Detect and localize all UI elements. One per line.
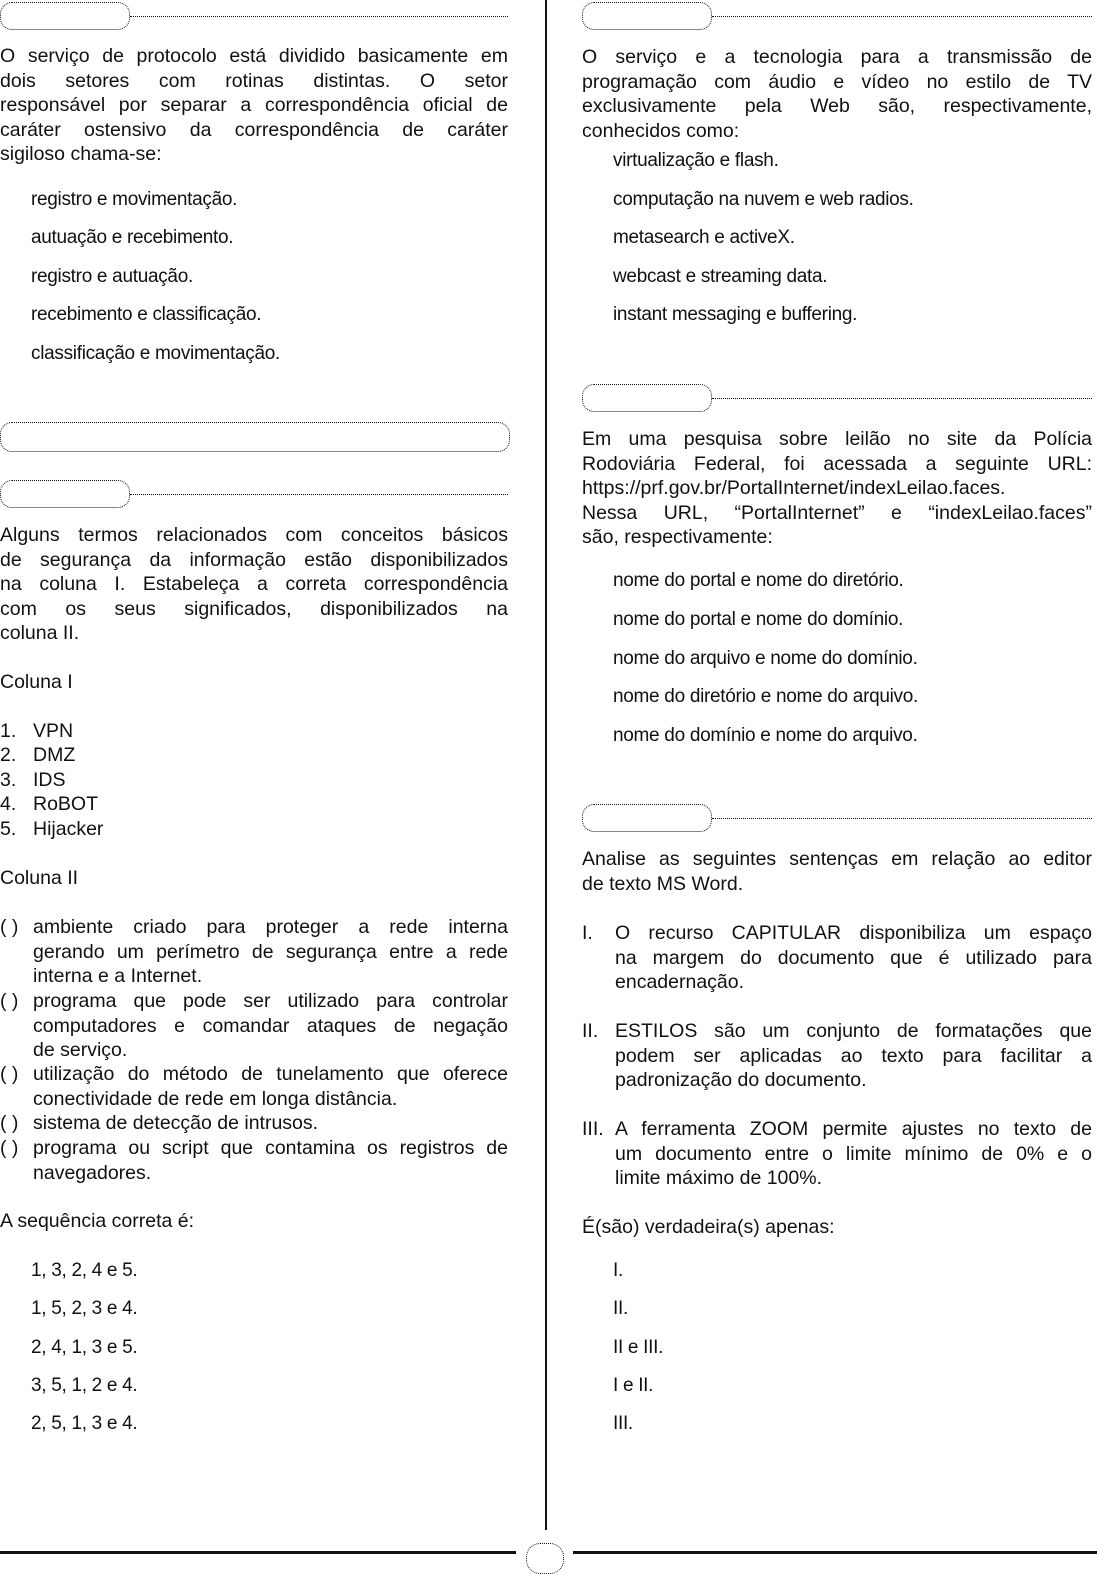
question-4-option-b[interactable]: nome do portal e nome do domínio. [613,609,903,631]
question-5-stem: Analise as seguintes sentenças em relaçã… [582,847,1092,896]
header-rule [712,398,1092,399]
coluna-1-item: 4.RoBOT [0,792,16,817]
question-2-prompt: A sequência correta é: [0,1209,194,1234]
question-3-option-c[interactable]: metasearch e activeX. [613,227,795,249]
coluna-1-item: 1.VPN [0,719,16,744]
question-1-stem: O serviço de protocolo está dividido bas… [0,44,508,167]
question-number-box [582,2,712,30]
header-rule [130,16,508,17]
section-banner [0,422,510,452]
question-4-option-c[interactable]: nome do arquivo e nome do domínio. [613,648,918,670]
question-3-option-b[interactable]: computação na nuvem e web radios. [613,189,914,211]
coluna-2-label: Coluna II [0,866,78,891]
question-2-option-c[interactable]: 2, 4, 1, 3 e 5. [31,1337,137,1359]
question-1-option-b[interactable]: autuação e recebimento. [31,227,233,249]
right-column: O serviço e a tecnologia para a transmis… [582,0,1092,1540]
question-3-stem: O serviço e a tecnologia para a transmis… [582,45,1092,143]
coluna-2-item: ( ) programa que pode ser utilizado para… [0,989,508,1063]
header-rule [712,818,1092,819]
question-1-option-a[interactable]: registro e movimentação. [31,189,237,211]
question-2-header [0,480,508,510]
question-1-option-d[interactable]: recebimento e classificação. [31,304,261,326]
coluna-2-item: ( ) utilização do método de tunelamento … [0,1062,508,1112]
question-2-option-a[interactable]: 1, 3, 2, 4 e 5. [31,1260,137,1282]
question-5-option-b[interactable]: II. [613,1298,628,1320]
question-5-option-a[interactable]: I. [613,1260,623,1282]
question-2-stem: Alguns termos relacionados com conceitos… [0,523,508,646]
coluna-2-item: ( ) sistema de detecção de intrusos. [0,1111,508,1136]
question-number-box [582,804,712,832]
coluna-1-item: 3.IDS [0,768,16,793]
question-3-option-d[interactable]: webcast e streaming data. [613,266,827,288]
question-1-option-c[interactable]: registro e autuação. [31,266,193,288]
coluna-2-item: ( ) ambiente criado para proteger a rede… [0,915,508,989]
question-4-option-e[interactable]: nome do domínio e nome do arquivo. [613,725,918,747]
question-2-option-e[interactable]: 2, 5, 1, 3 e 4. [31,1413,137,1435]
question-5-option-c[interactable]: II e III. [613,1337,663,1359]
question-5-header [582,804,1092,834]
question-4-header [582,384,1092,414]
question-3-option-e[interactable]: instant messaging e buffering. [613,304,857,326]
question-3-option-a[interactable]: virtualização e flash. [613,150,779,172]
page-number-box [526,1543,564,1574]
question-1-option-e[interactable]: classificação e movimentação. [31,343,280,365]
statement-3: III. A ferramenta ZOOM permite ajustes n… [582,1117,1092,1191]
question-number-box [0,480,130,508]
question-2-option-d[interactable]: 3, 5, 1, 2 e 4. [31,1375,137,1397]
footer-rule-left [0,1551,516,1554]
coluna-1-item: 5.Hijacker [0,817,16,842]
question-4-option-d[interactable]: nome do diretório e nome do arquivo. [613,686,918,708]
statement-1: I. O recurso CAPITULAR disponibiliza um … [582,921,1092,995]
question-4-option-a[interactable]: nome do portal e nome do diretório. [613,570,904,592]
question-4-stem: Em uma pesquisa sobre leilão no site da … [582,427,1092,550]
question-3-header [582,2,1092,32]
column-divider [545,0,547,1530]
question-number-box [0,2,130,30]
coluna-1-label: Coluna I [0,670,73,695]
statement-2: II. ESTILOS são um conjunto de formataçõ… [582,1019,1092,1093]
coluna-2-item: ( ) programa ou script que contamina os … [0,1136,508,1186]
left-column: O serviço de protocolo está dividido bas… [0,0,510,1540]
question-number-box [582,384,712,412]
question-5-option-d[interactable]: I e II. [613,1375,653,1397]
header-rule [130,494,508,495]
question-2-option-b[interactable]: 1, 5, 2, 3 e 4. [31,1298,137,1320]
header-rule [712,16,1092,17]
question-5-option-e[interactable]: III. [613,1413,633,1435]
question-1-header [0,2,508,32]
question-5-prompt: É(são) verdadeira(s) apenas: [582,1215,835,1240]
coluna-1-item: 2.DMZ [0,743,16,768]
footer-rule-right [573,1551,1097,1554]
